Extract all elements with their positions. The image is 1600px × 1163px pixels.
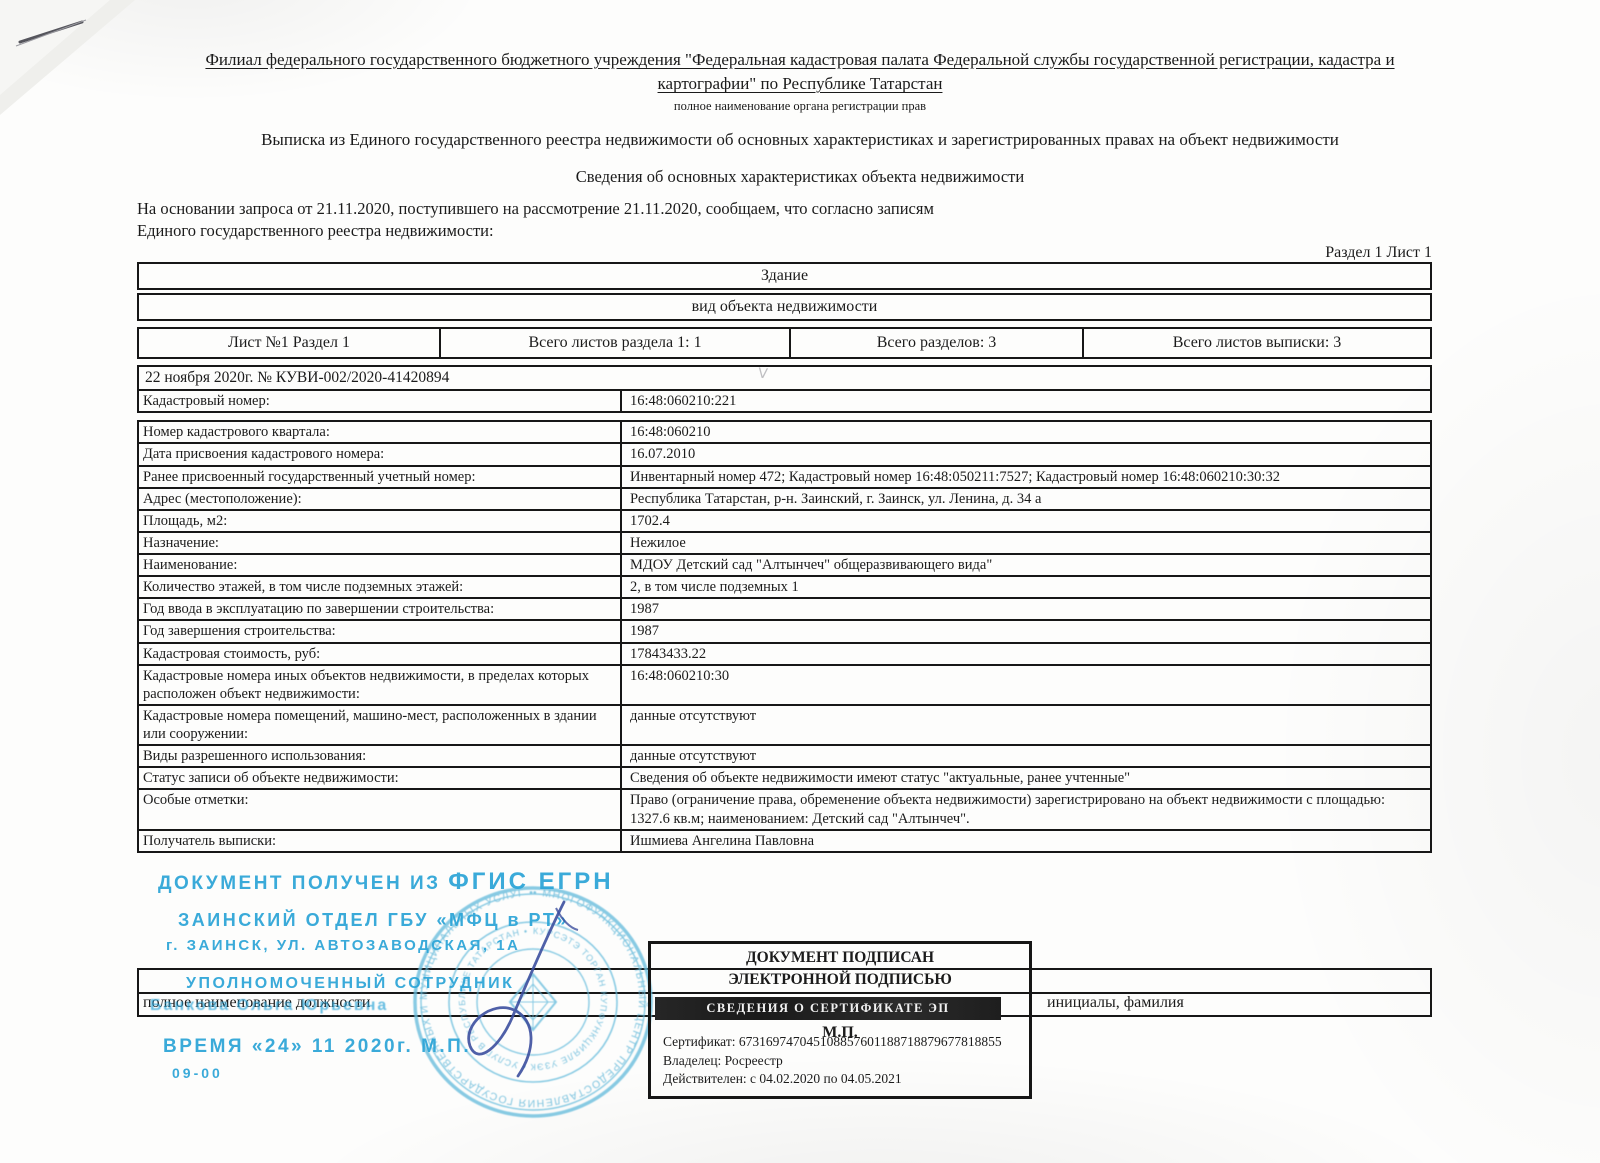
attribute-label: Площадь, м2: xyxy=(139,511,622,531)
esign-stamp-place: М.П. xyxy=(651,1024,1029,1042)
table-row: Назначение: Нежилое xyxy=(139,531,1430,553)
attribute-value: Инвентарный номер 472; Кадастровый номер… xyxy=(622,467,1430,487)
sheet-counter-cell: Всего листов раздела 1: 1 xyxy=(439,329,789,357)
intro-paragraph: На основании запроса от 21.11.2020, пост… xyxy=(137,198,1432,241)
attribute-value: 16:48:060210:221 xyxy=(622,391,1430,411)
time-stamp: ВРЕМЯ «24» 11 2020г. М.П. xyxy=(163,1036,471,1058)
attribute-label: Год завершения строительства: xyxy=(139,621,622,641)
table-row: Кадастровый номер: 16:48:060210:221 xyxy=(139,391,1430,411)
attribute-label: Количество этажей, в том числе подземных… xyxy=(139,577,622,597)
attribute-value: 16:48:060210 xyxy=(622,422,1430,442)
attribute-label: Кадастровые номера иных объектов недвижи… xyxy=(139,666,622,704)
attribute-value: 17843433.22 xyxy=(622,644,1430,664)
table-row: Особые отметки: Право (ограничение права… xyxy=(139,788,1430,828)
attribute-value: 1702.4 xyxy=(622,511,1430,531)
attribute-value: 16.07.2010 xyxy=(622,444,1430,464)
attribute-label: Ранее присвоенный государственный учетны… xyxy=(139,467,622,487)
time-value-stamp: 09-00 xyxy=(172,1065,223,1081)
esign-validity: Действителен: с 04.02.2020 по 04.05.2021 xyxy=(663,1071,902,1087)
attribute-value: 2, в том числе подземных 1 xyxy=(622,577,1430,597)
request-date-number: 22 ноября 2020г. № КУВИ-002/2020-4142089… xyxy=(139,367,1430,391)
attribute-value: Республика Татарстан, р-н. Заинский, г. … xyxy=(622,489,1430,509)
section-sheet-label: Раздел 1 Лист 1 xyxy=(0,244,1432,262)
attribute-label: Дата присвоения кадастрового номера: xyxy=(139,444,622,464)
request-header-block: 22 ноября 2020г. № КУВИ-002/2020-4142089… xyxy=(137,365,1432,413)
table-row: Кадастровые номера помещений, машино-мес… xyxy=(139,704,1430,744)
attribute-label: Кадастровая стоимость, руб: xyxy=(139,644,622,664)
table-row: Виды разрешенного использования: данные … xyxy=(139,744,1430,766)
intro-line-2: Единого государственного реестра недвижи… xyxy=(137,220,1432,241)
esign-owner: Владелец: Росреестр xyxy=(663,1053,783,1069)
org-name-caption: полное наименование органа регистрации п… xyxy=(0,99,1600,114)
table-row: Дата присвоения кадастрового номера: 16.… xyxy=(139,442,1430,464)
received-stamp-line1-small: ДОКУМЕНТ ПОЛУЧЕН ИЗ xyxy=(158,873,441,894)
attribute-value: Нежилое xyxy=(622,533,1430,553)
attribute-label: Наименование: xyxy=(139,555,622,575)
attribute-label: Получатель выписки: xyxy=(139,831,622,851)
table-row: Год ввода в эксплуатацию по завершении с… xyxy=(139,597,1430,619)
object-kind-table: Здание вид объекта недвижимости Лист №1 … xyxy=(137,262,1432,853)
sheet-counters-row: Лист №1 Раздел 1 Всего листов раздела 1:… xyxy=(137,327,1432,359)
esign-certificate-banner: СВЕДЕНИЯ О СЕРТИФИКАТЕ ЭП xyxy=(655,997,1001,1020)
attribute-label: Назначение: xyxy=(139,533,622,553)
table-row: Количество этажей, в том числе подземных… xyxy=(139,575,1430,597)
attribute-label: Адрес (местоположение): xyxy=(139,489,622,509)
attribute-value: Сведения об объекте недвижимости имеют с… xyxy=(622,768,1430,788)
attribute-label: Кадастровый номер: xyxy=(139,391,622,411)
employee-name-stamp: Банкова Ольга Юрьевна xyxy=(150,997,388,1015)
table-row: Год завершения строительства: 1987 xyxy=(139,619,1430,641)
attribute-value: 1987 xyxy=(622,621,1430,641)
esign-title-2: ЭЛЕКТРОННОЙ ПОДПИСЬЮ xyxy=(651,971,1029,989)
attribute-value: МДОУ Детский сад "Алтынчеч" общеразвиваю… xyxy=(622,555,1430,575)
received-stamp-line1-big: ФГИС ЕГРН xyxy=(448,868,613,895)
attribute-value: Право (ограничение права, обременение об… xyxy=(622,790,1430,828)
table-row: Получатель выписки: Ишмиева Ангелина Пав… xyxy=(139,829,1430,851)
pencil-check-mark: V xyxy=(757,366,768,383)
attribute-label: Виды разрешенного использования: xyxy=(139,746,622,766)
table-row: Площадь, м2: 1702.4 xyxy=(139,509,1430,531)
object-kind: Здание xyxy=(137,262,1432,290)
attribute-label: Номер кадастрового квартала: xyxy=(139,422,622,442)
electronic-signature-box: ДОКУМЕНТ ПОДПИСАН ЭЛЕКТРОННОЙ ПОДПИСЬЮ С… xyxy=(648,941,1032,1099)
intro-line-1: На основании запроса от 21.11.2020, пост… xyxy=(137,198,1432,219)
sheet-counter-cell: Лист №1 Раздел 1 xyxy=(139,329,439,357)
table-row: Адрес (местоположение): Республика Татар… xyxy=(139,487,1430,509)
table-row: Наименование: МДОУ Детский сад "Алтынчеч… xyxy=(139,553,1430,575)
document-title: Выписка из Единого государственного реес… xyxy=(140,130,1460,150)
handwritten-signature xyxy=(452,898,592,1088)
org-name: Филиал федерального государственного бюд… xyxy=(160,48,1440,96)
sheet-counter-cell: Всего листов выписки: 3 xyxy=(1082,329,1430,357)
attribute-label: Кадастровые номера помещений, машино-мес… xyxy=(139,706,622,744)
attribute-label: Год ввода в эксплуатацию по завершении с… xyxy=(139,599,622,619)
attribute-value: данные отсутствуют xyxy=(622,706,1430,744)
sheet-counter-cell: Всего разделов: 3 xyxy=(789,329,1082,357)
page-corner-fold xyxy=(0,0,170,140)
scanned-document-page: Филиал федерального государственного бюд… xyxy=(0,0,1600,1163)
table-row: Статус записи об объекте недвижимости: С… xyxy=(139,766,1430,788)
bottom-zone: ДОКУМЕНТ ПОЛУЧЕН ИЗ ФГИС ЕГРН ЗАИНСКИЙ О… xyxy=(0,864,1600,1163)
table-row: Ранее присвоенный государственный учетны… xyxy=(139,465,1430,487)
attribute-value: 16:48:060210:30 xyxy=(622,666,1430,704)
attribute-label: Особые отметки: xyxy=(139,790,622,828)
attribute-label: Статус записи об объекте недвижимости: xyxy=(139,768,622,788)
object-kind-caption: вид объекта недвижимости xyxy=(137,293,1432,321)
table-row: Номер кадастрового квартала: 16:48:06021… xyxy=(139,422,1430,442)
attributes-table: Номер кадастрового квартала: 16:48:06021… xyxy=(137,420,1432,853)
cadastral-number-row-container: Кадастровый номер: 16:48:060210:221 xyxy=(139,391,1430,411)
received-stamp-line1: ДОКУМЕНТ ПОЛУЧЕН ИЗ ФГИС ЕГРН xyxy=(158,868,614,896)
name-caption: инициалы, фамилия xyxy=(1047,994,1184,1012)
attribute-value: 1987 xyxy=(622,599,1430,619)
section-title: Сведения об основных характеристиках объ… xyxy=(140,167,1460,187)
table-row: Кадастровая стоимость, руб: 17843433.22 xyxy=(139,642,1430,664)
esign-title-1: ДОКУМЕНТ ПОДПИСАН xyxy=(651,949,1029,967)
attribute-value: Ишмиева Ангелина Павловна xyxy=(622,831,1430,851)
attribute-value: данные отсутствуют xyxy=(622,746,1430,766)
table-row: Кадастровые номера иных объектов недвижи… xyxy=(139,664,1430,704)
